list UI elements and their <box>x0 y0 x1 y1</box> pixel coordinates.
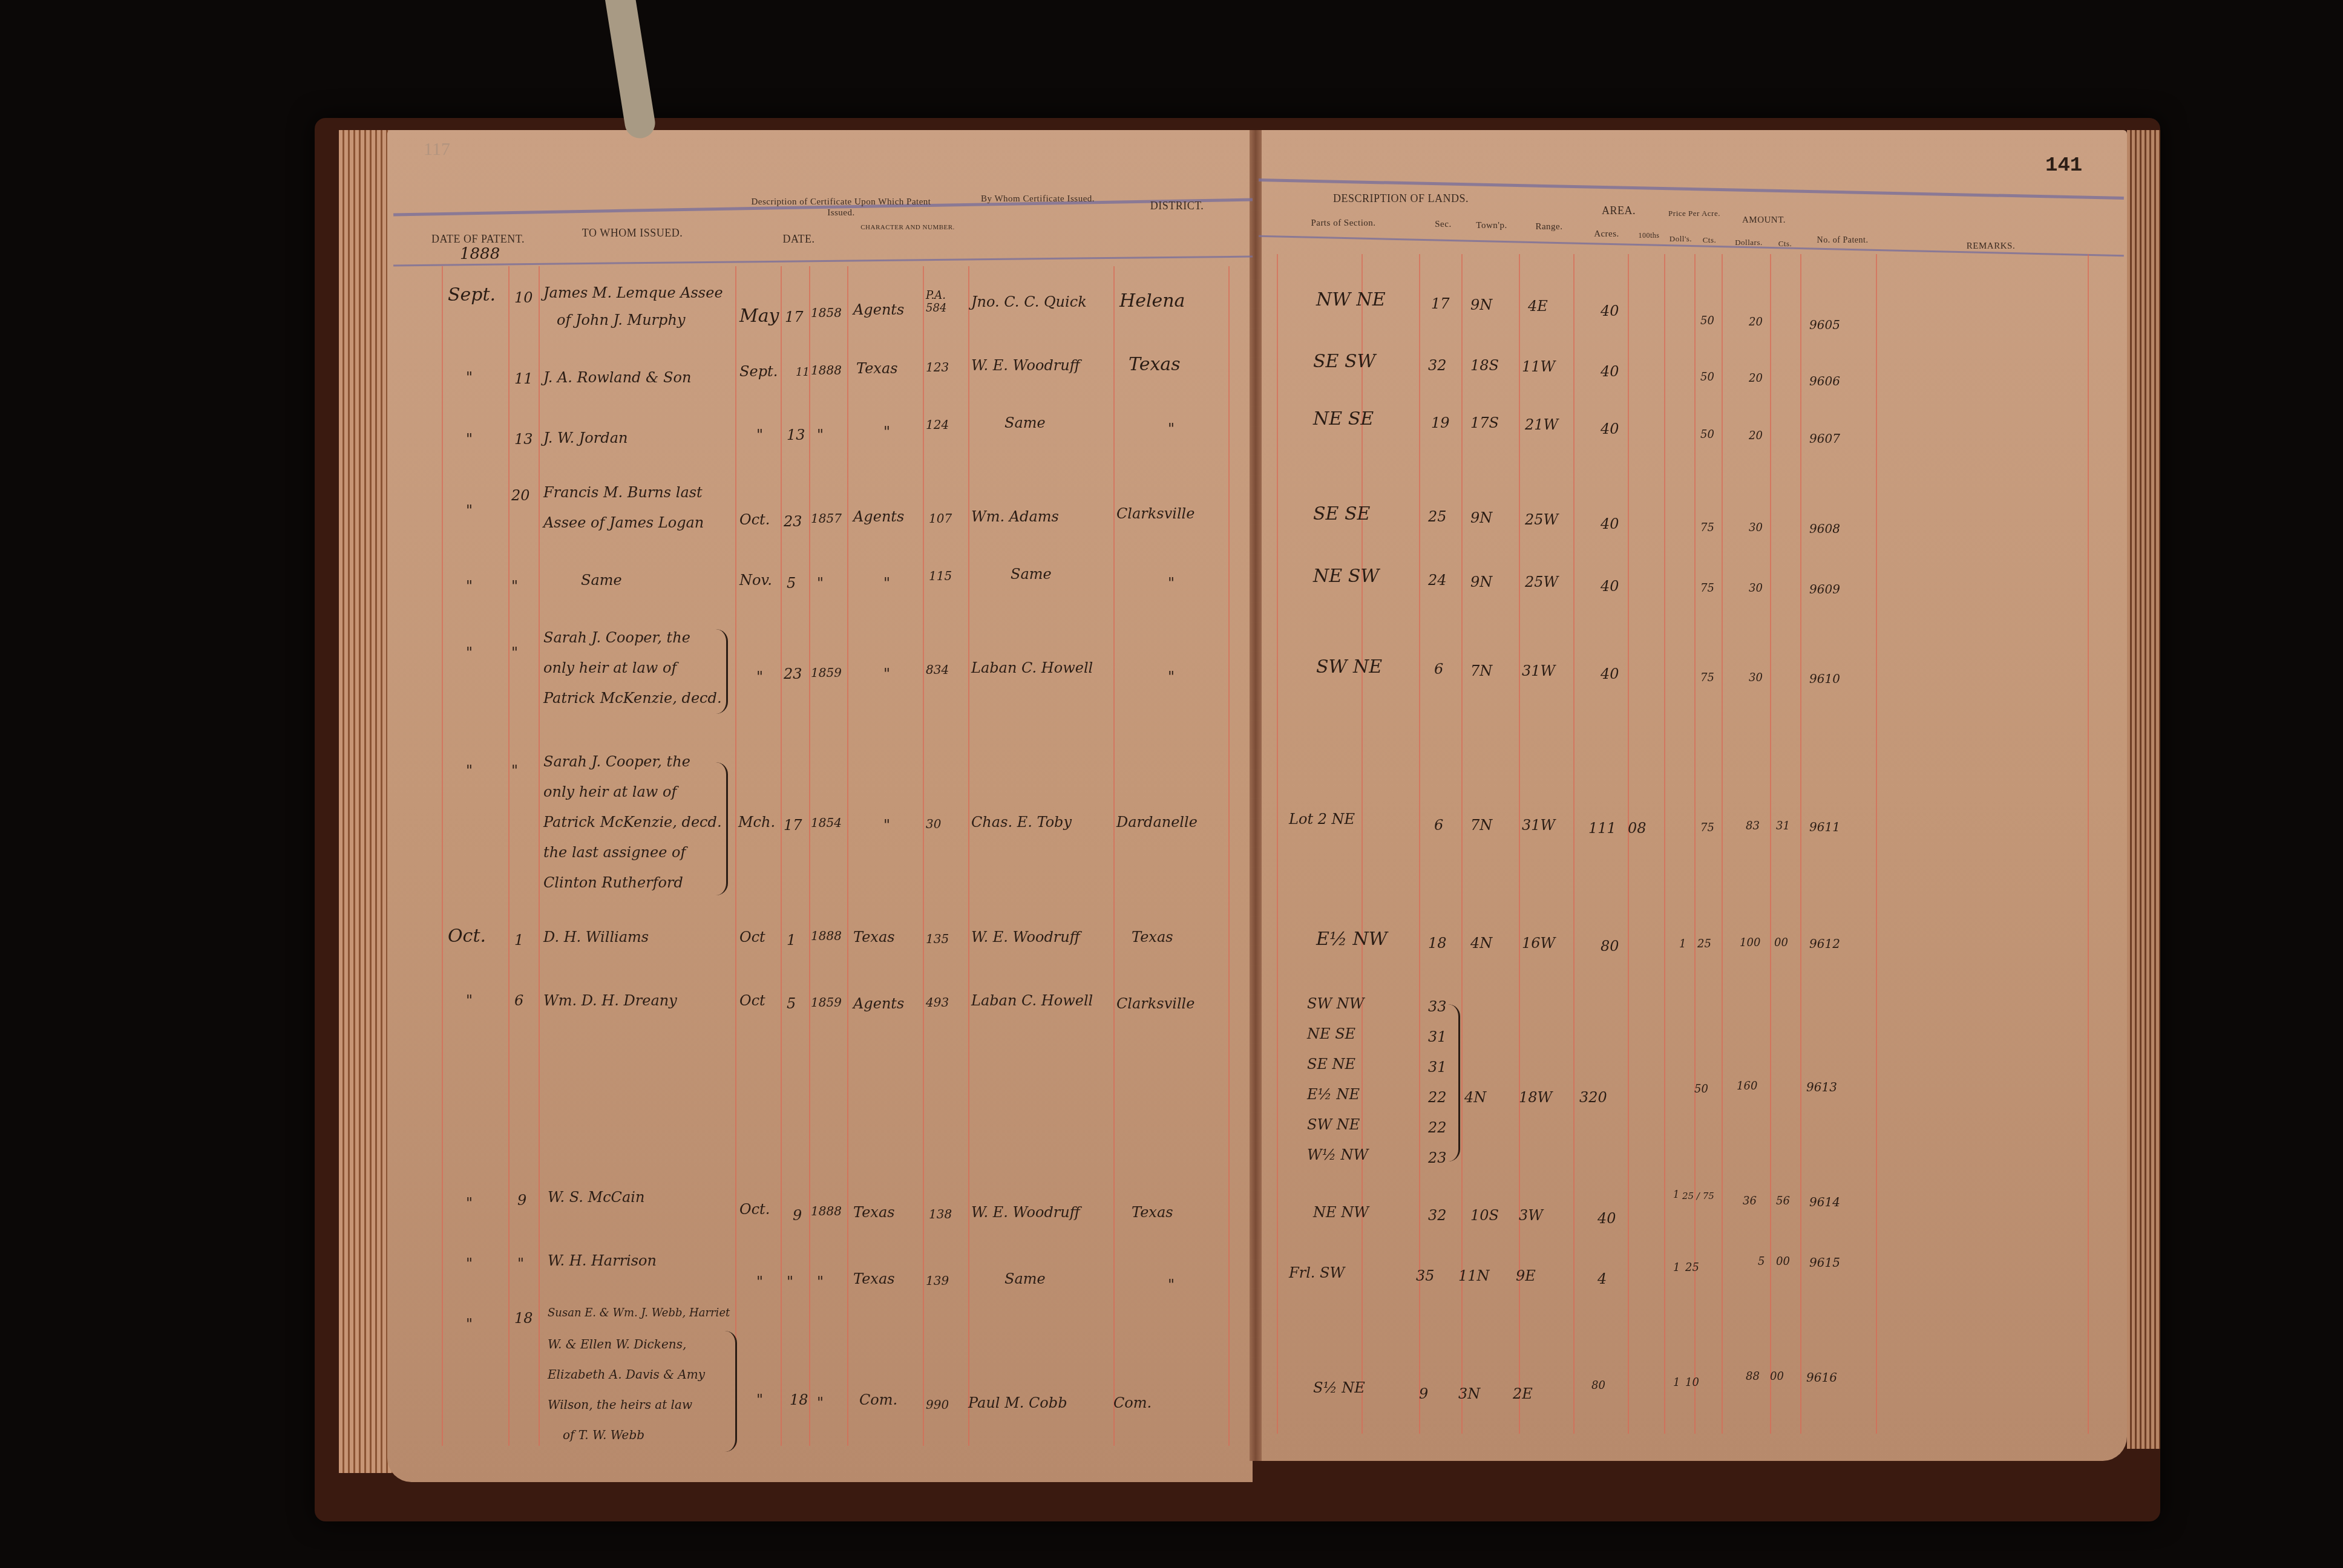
cert-year: 1858 <box>811 305 842 320</box>
grantee-line: James M. Lemque Assee <box>543 284 723 301</box>
issued-by: W. E. Woodruff <box>971 357 1080 374</box>
brace <box>714 762 728 895</box>
cert-day: " <box>787 1273 793 1290</box>
township: 7N <box>1470 662 1492 679</box>
parts-of-section: SW NE <box>1316 656 1382 678</box>
section: 22 <box>1428 1089 1447 1106</box>
patent-number: 9615 <box>1809 1255 1840 1270</box>
cert-month: Oct. <box>739 511 770 528</box>
cert-day: 18 <box>790 1391 808 1408</box>
patent-month: " <box>466 431 473 448</box>
patent-day: " <box>511 762 518 779</box>
amount-dollars: 20 <box>1749 316 1763 328</box>
parts-of-section: SW NW <box>1307 995 1364 1012</box>
patent-day: 10 <box>514 289 533 306</box>
header-no-of-patent: No. of Patent. <box>1806 236 1879 246</box>
district: Texas <box>1132 929 1173 946</box>
cert-number: 990 <box>926 1397 949 1412</box>
township: 10S <box>1470 1207 1499 1224</box>
grantee-line: only heir at law of <box>543 783 677 800</box>
amount-dollars: 20 <box>1749 372 1763 385</box>
price-dolls: 1 <box>1673 1189 1679 1200</box>
township: 9N <box>1470 573 1492 590</box>
patent-day: 13 <box>514 431 533 448</box>
price-dolls: 1 <box>1673 1261 1680 1274</box>
township: 9N <box>1470 509 1492 526</box>
header-township: Town'p. <box>1464 220 1519 231</box>
district: " <box>1168 668 1175 685</box>
range: 31W <box>1522 817 1555 834</box>
col-rule <box>2088 254 2089 1434</box>
cert-day: 5 <box>787 995 796 1012</box>
price-cts: 10 <box>1685 1376 1699 1389</box>
parts-of-section: Frl. SW <box>1289 1264 1345 1281</box>
patent-month: " <box>466 502 473 519</box>
grantee-line: of T. W. Webb <box>563 1428 644 1442</box>
cert-character: " <box>883 575 890 592</box>
district: " <box>1168 1276 1175 1293</box>
col-rule <box>1722 254 1723 1434</box>
col-rule <box>1876 254 1877 1434</box>
grantee-line: W. S. McCain <box>548 1189 644 1206</box>
patent-number: 9608 <box>1809 521 1840 536</box>
acres: 4 <box>1597 1270 1607 1287</box>
cert-number: 115 <box>929 569 952 583</box>
grantee-line: Francis M. Burns last <box>543 484 703 501</box>
cert-year: 1859 <box>811 995 842 1010</box>
cert-number: 123 <box>926 360 949 374</box>
range: 25W <box>1525 511 1558 528</box>
cert-number: 107 <box>929 511 952 526</box>
cert-month: May <box>739 305 779 327</box>
section: 25 <box>1428 508 1447 525</box>
cert-year: 1888 <box>811 1204 842 1218</box>
col-rule <box>781 266 782 1446</box>
patent-day: 11 <box>514 370 533 387</box>
cert-number: 834 <box>926 662 949 677</box>
col-rule <box>847 266 848 1446</box>
patent-month: " <box>466 1316 473 1333</box>
cert-character: Agents <box>853 301 904 318</box>
range: 16W <box>1522 935 1555 952</box>
col-rule <box>1461 254 1463 1434</box>
section: 9 <box>1419 1385 1428 1402</box>
issued-by: Same <box>1004 414 1046 431</box>
acres: 40 <box>1597 1210 1616 1227</box>
col-rule <box>1664 254 1665 1434</box>
patent-month: " <box>466 992 473 1009</box>
col-rule <box>1770 254 1771 1434</box>
grantee-line: Assee of James Logan <box>543 514 704 531</box>
left-page-number: 117 <box>424 139 450 160</box>
header-remarks: REMARKS. <box>1930 241 2051 252</box>
section: 23 <box>1428 1149 1447 1166</box>
range: 31W <box>1522 662 1555 679</box>
cert-month: " <box>756 668 763 685</box>
patent-number: 9616 <box>1806 1370 1837 1385</box>
township: 9N <box>1470 296 1492 313</box>
parts-of-section: NE SW <box>1313 566 1379 587</box>
amount-dollars: 160 <box>1737 1080 1757 1093</box>
patent-month: " <box>466 369 473 386</box>
cert-number: 30 <box>926 817 941 831</box>
section: 33 <box>1428 998 1447 1015</box>
township: 4N <box>1470 935 1492 952</box>
patent-number: 9611 <box>1809 820 1840 834</box>
cert-month: Mch. <box>738 814 775 831</box>
cert-month: " <box>756 1273 763 1290</box>
township: 4N <box>1464 1089 1486 1106</box>
header-range: Range. <box>1522 221 1576 232</box>
cert-month: " <box>756 1391 763 1408</box>
header-cert-date: DATE. <box>762 233 835 246</box>
grantee-line: of John J. Murphy <box>557 312 685 328</box>
col-rule <box>1800 254 1801 1434</box>
acres: 111 <box>1588 820 1616 837</box>
cert-number: 124 <box>926 417 949 432</box>
grantee-line: Elizabeth A. Davis & Amy <box>548 1367 705 1382</box>
acres: 320 <box>1579 1089 1607 1106</box>
header-amount: AMOUNT. <box>1728 215 1800 226</box>
amount-dollars: 83 <box>1746 820 1760 832</box>
header-amount-cts: Cts. <box>1773 239 1797 249</box>
section: 31 <box>1428 1059 1447 1076</box>
patent-number: 9606 <box>1809 374 1840 388</box>
price-cts: 75 <box>1700 521 1714 534</box>
section: 17 <box>1431 295 1450 312</box>
price-dolls: 1 <box>1673 1376 1680 1389</box>
col-rule <box>1362 254 1363 1434</box>
section: 24 <box>1428 572 1447 589</box>
cert-month: Oct <box>739 929 765 946</box>
price-cts: 50 <box>1700 371 1714 384</box>
col-rule <box>923 266 924 1446</box>
col-rule <box>809 266 810 1446</box>
patent-month: " <box>466 644 473 661</box>
range: 21W <box>1525 416 1558 433</box>
district: Clarksville <box>1116 995 1194 1012</box>
brace <box>1446 1004 1460 1161</box>
cert-day: 23 <box>784 665 802 682</box>
header-price-dolls: Doll's. <box>1664 234 1697 244</box>
parts-of-section: Lot 2 NE <box>1289 811 1355 828</box>
cert-day: 1 <box>787 932 796 949</box>
grantee-line: only heir at law of <box>543 659 677 676</box>
cert-day: 9 <box>793 1207 802 1224</box>
parts-of-section: NE SE <box>1307 1025 1355 1042</box>
parts-of-section: NE SE <box>1313 408 1374 430</box>
patent-number: 9607 <box>1809 431 1840 446</box>
grantee-line: W. H. Harrison <box>548 1252 657 1269</box>
acres: 80 <box>1591 1379 1605 1392</box>
grantee-line: J. A. Rowland & Son <box>543 369 691 386</box>
parts-of-section: NW NE <box>1316 289 1386 310</box>
township: 11N <box>1458 1267 1490 1284</box>
right-page-number: 141 <box>2045 154 2082 177</box>
section: 32 <box>1428 357 1447 374</box>
issued-by: Same <box>1011 566 1052 583</box>
section: 18 <box>1428 935 1447 952</box>
amount-dollars: 30 <box>1749 521 1763 534</box>
acres: 80 <box>1601 938 1619 955</box>
patent-number: 9605 <box>1809 318 1840 332</box>
patent-day: " <box>511 578 518 595</box>
grantee-line: Sarah J. Cooper, the <box>543 629 690 646</box>
acres: 40 <box>1601 302 1619 319</box>
district: Texas <box>1132 1204 1173 1221</box>
price-cts: 25 <box>1685 1261 1699 1274</box>
parts-of-section: SE SW <box>1313 351 1375 372</box>
acres: 40 <box>1601 420 1619 437</box>
patent-number: 9613 <box>1806 1080 1837 1094</box>
range: 9E <box>1516 1267 1536 1284</box>
district: Clarksville <box>1116 505 1194 522</box>
cert-month: Sept. <box>739 363 778 380</box>
patent-number: 9614 <box>1809 1195 1840 1209</box>
cert-character: " <box>883 665 890 682</box>
price-cts: 25 / 75 <box>1682 1191 1714 1201</box>
patent-month: Sept. <box>448 284 496 305</box>
patent-number: 9609 <box>1809 582 1840 596</box>
township: 17S <box>1470 414 1499 431</box>
grantee-line: Susan E. & Wm. J. Webb, Harriet <box>548 1307 730 1319</box>
issued-by: Jno. C. C. Quick <box>971 293 1087 310</box>
cert-year: " <box>817 426 824 443</box>
cert-number: 493 <box>926 995 949 1010</box>
patent-number: 9612 <box>1809 936 1840 951</box>
col-rule <box>1419 254 1420 1434</box>
col-rule <box>735 266 736 1446</box>
price-cts: 50 <box>1694 1083 1708 1096</box>
section: 22 <box>1428 1119 1447 1136</box>
section: 6 <box>1434 817 1443 834</box>
cert-year: " <box>817 575 824 592</box>
grantee-line: Patrick McKenzie, decd. <box>543 690 722 707</box>
header-hundredths: 100ths <box>1634 231 1664 240</box>
col-rule <box>539 266 540 1446</box>
issued-by: Paul M. Cobb <box>968 1394 1067 1411</box>
col-rule <box>1519 254 1520 1434</box>
district: " <box>1168 575 1175 592</box>
amount-dollars: 36 <box>1743 1195 1757 1207</box>
issued-by: Chas. E. Toby <box>971 814 1072 831</box>
range: 4E <box>1528 298 1548 315</box>
grantee-line: Patrick McKenzie, decd. <box>543 814 722 831</box>
header-description-certificate: Description of Certificate Upon Which Pa… <box>738 197 944 218</box>
district: Dardanelle <box>1116 814 1198 831</box>
cert-year: 1888 <box>811 363 842 377</box>
cert-day: 17 <box>785 309 804 325</box>
grantee-line: Sarah J. Cooper, the <box>543 753 690 770</box>
parts-of-section: W½ NW <box>1307 1146 1368 1163</box>
patent-day: 6 <box>514 992 523 1009</box>
cert-month: Oct. <box>739 1201 770 1218</box>
township: 18S <box>1470 357 1499 374</box>
cert-month: Nov. <box>739 572 772 589</box>
issued-by: Same <box>1004 1270 1046 1287</box>
range: 25W <box>1525 573 1558 590</box>
price-cts: 75 <box>1700 671 1714 684</box>
patent-month: Oct. <box>448 926 486 947</box>
header-by-whom: By Whom Certificate Issued. <box>980 194 1095 204</box>
range: 2E <box>1513 1385 1533 1402</box>
year-1888: 1888 <box>460 245 500 263</box>
col-rule <box>1277 254 1278 1434</box>
header-price-per-acre: Price Per Acre. <box>1667 209 1722 218</box>
acres: 40 <box>1601 665 1619 682</box>
col-rule <box>508 266 510 1446</box>
parts-of-section: SE SE <box>1313 503 1370 524</box>
amount-cts: 56 <box>1776 1195 1790 1207</box>
brace <box>723 1331 737 1452</box>
col-rule <box>968 266 969 1446</box>
amount-cts: 00 <box>1776 1255 1790 1268</box>
cert-year: " <box>817 1394 824 1411</box>
acres: 40 <box>1601 578 1619 595</box>
district: Helena <box>1119 290 1185 312</box>
patent-day: 1 <box>514 932 523 949</box>
range: 3W <box>1519 1207 1543 1224</box>
cert-character: Agents <box>853 508 904 525</box>
issued-by: Laban C. Howell <box>971 992 1093 1009</box>
cert-character: " <box>883 817 890 834</box>
price-cts: 50 <box>1700 315 1714 327</box>
patent-month: " <box>466 762 473 779</box>
acres: 40 <box>1601 515 1619 532</box>
header-sec: Sec. <box>1425 219 1461 230</box>
price-cts: 75 <box>1700 582 1714 595</box>
grantee-line: Wilson, the heirs at law <box>548 1397 692 1412</box>
header-date-of-patent: DATE OF PATENT. <box>418 233 539 246</box>
patent-number: 9610 <box>1809 671 1840 686</box>
header-area: AREA. <box>1591 204 1646 218</box>
cert-character: Texas <box>853 1270 895 1287</box>
header-amount-dollars: Dollars. <box>1725 238 1773 247</box>
header-description-of-lands: DESCRIPTION OF LANDS. <box>1301 192 1501 206</box>
patent-month: " <box>466 578 473 595</box>
amount-dollars: 30 <box>1749 582 1763 595</box>
range: 11W <box>1522 358 1555 375</box>
page-edges-left <box>339 130 393 1473</box>
issued-by: W. E. Woodruff <box>971 1204 1080 1221</box>
col-rule <box>1628 254 1629 1434</box>
cert-year: 1859 <box>811 665 842 680</box>
col-rule <box>442 266 443 1446</box>
cert-number: 135 <box>926 932 949 946</box>
cert-character: " <box>883 423 890 440</box>
price-dolls: 1 <box>1679 938 1686 950</box>
grantee-line: the last assignee of <box>543 844 686 861</box>
issued-by: W. E. Woodruff <box>971 929 1080 946</box>
cert-day: 11 <box>796 366 810 379</box>
col-rule <box>1113 266 1115 1446</box>
cert-character: Com. <box>859 1391 897 1408</box>
amount-cts: 00 <box>1774 936 1788 949</box>
amount-cts: 31 <box>1776 820 1790 832</box>
price-cts: 75 <box>1700 822 1714 834</box>
cert-year: 1857 <box>811 511 842 526</box>
district: " <box>1168 420 1175 437</box>
range: 18W <box>1519 1089 1552 1106</box>
header-acres: Acres. <box>1582 229 1631 240</box>
col-rule <box>1228 266 1230 1446</box>
header-to-whom-issued: TO WHOM ISSUED. <box>545 227 720 240</box>
district: Com. <box>1113 1394 1152 1411</box>
cert-character: Agents <box>853 995 904 1012</box>
grantee-line: Same <box>581 572 622 589</box>
cert-month: Oct <box>739 992 765 1009</box>
acres: 40 <box>1601 363 1619 380</box>
amount-cts: 00 <box>1770 1370 1784 1383</box>
parts-of-section: E½ NE <box>1307 1086 1360 1103</box>
district: Texas <box>1129 354 1181 375</box>
cert-day: 23 <box>784 513 802 530</box>
township: 7N <box>1470 817 1492 834</box>
patent-day: 20 <box>511 487 530 504</box>
cert-year: 1888 <box>811 929 842 943</box>
acres-hundredths: 08 <box>1628 820 1647 837</box>
parts-of-section: NE NW <box>1313 1204 1369 1221</box>
amount-dollars: 5 <box>1758 1255 1765 1268</box>
section: 32 <box>1428 1207 1447 1224</box>
price-cts: 50 <box>1700 428 1714 441</box>
col-rule <box>1573 254 1575 1434</box>
cert-month: " <box>756 426 763 443</box>
amount-dollars: 88 <box>1746 1370 1760 1383</box>
amount-dollars: 30 <box>1749 671 1763 684</box>
cert-year: " <box>817 1273 824 1290</box>
cert-day: 5 <box>787 575 796 592</box>
cert-year: 1854 <box>811 815 842 830</box>
header-character-number: CHARACTER AND NUMBER. <box>847 224 968 232</box>
col-rule <box>1694 254 1696 1434</box>
page-edges-right <box>2127 130 2160 1449</box>
header-price-cts: Cts. <box>1697 235 1722 245</box>
section: 35 <box>1416 1267 1435 1284</box>
parts-of-section: E½ NW <box>1316 929 1388 950</box>
section: 19 <box>1431 414 1450 431</box>
cert-character: Texas <box>853 1204 895 1221</box>
grantee-line: Clinton Rutherford <box>543 874 683 891</box>
patent-month: " <box>466 1255 473 1272</box>
section: 6 <box>1434 661 1443 678</box>
header-parts-of-section: Parts of Section. <box>1280 218 1407 229</box>
parts-of-section: SW NE <box>1307 1116 1360 1133</box>
patent-day: 18 <box>514 1310 533 1327</box>
cert-character: Texas <box>853 929 895 946</box>
amount-dollars: 100 <box>1740 936 1760 949</box>
parts-of-section: S½ NE <box>1313 1379 1365 1396</box>
issued-by: Wm. Adams <box>971 508 1059 525</box>
patent-month: " <box>466 1195 473 1212</box>
patent-day: 9 <box>517 1192 526 1209</box>
cert-number: 138 <box>929 1207 952 1221</box>
amount-dollars: 20 <box>1749 430 1763 442</box>
section: 31 <box>1428 1028 1447 1045</box>
parts-of-section: SE NE <box>1307 1056 1355 1073</box>
price-cts: 25 <box>1697 938 1711 950</box>
grantee-line: W. & Ellen W. Dickens, <box>548 1337 686 1351</box>
cert-number: P.A. 584 <box>926 289 968 315</box>
grantee-line: J. W. Jordan <box>543 430 628 446</box>
grantee-line: Wm. D. H. Dreany <box>543 992 677 1009</box>
cert-character: Texas <box>856 360 898 377</box>
grantee-line: D. H. Williams <box>543 929 649 946</box>
township: 3N <box>1458 1385 1480 1402</box>
cert-number: 139 <box>926 1273 949 1288</box>
patent-day: " <box>517 1255 524 1272</box>
patent-day: " <box>511 644 518 661</box>
